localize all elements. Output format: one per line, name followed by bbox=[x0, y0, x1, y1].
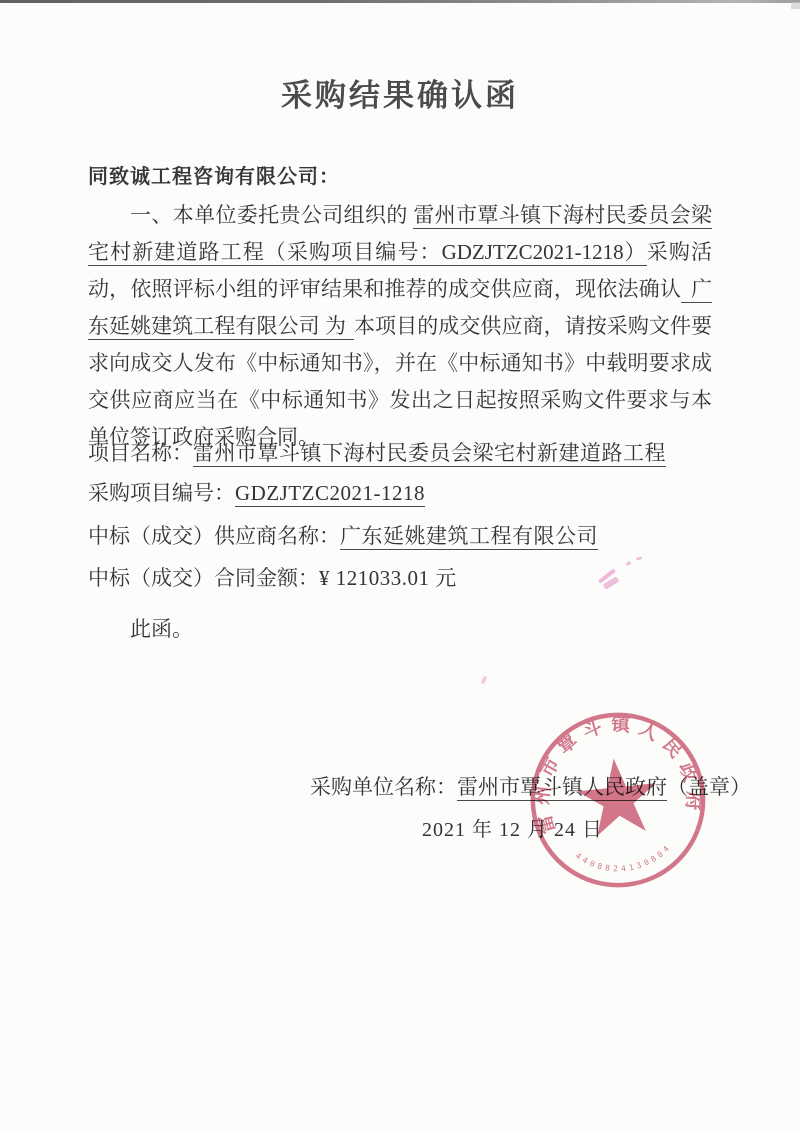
salutation: 同致诚工程咨询有限公司： bbox=[88, 160, 340, 189]
supplier-field: 中标（成交）供应商名称：广东延姚建筑工程有限公司 bbox=[88, 520, 598, 550]
seal-star-icon bbox=[574, 755, 660, 838]
pink-ink-dot bbox=[480, 676, 487, 685]
body-intro-text: 一、本单位委托贵公司组织的 bbox=[130, 203, 413, 227]
purchaser-label: 采购单位名称： bbox=[310, 775, 457, 799]
supplier-label: 中标（成交）供应商名称： bbox=[88, 524, 340, 548]
project-number-field: 采购项目编号：GDZJTZC2021-1218 bbox=[88, 477, 425, 507]
project-name-value: 雷州市覃斗镇下海村民委员会梁宅村新建道路工程 bbox=[193, 441, 666, 467]
contract-amount-value: ¥ 121033.01 元 bbox=[319, 566, 457, 590]
body-paragraph: 一、本单位委托贵公司组织的 雷州市覃斗镇下海村民委员会梁宅村新建道路工程（采购项… bbox=[88, 197, 712, 456]
official-seal: 雷州市覃斗镇人民政府 4408824130884 bbox=[515, 697, 722, 904]
document-title: 采购结果确认函 bbox=[0, 70, 800, 115]
pink-ink-dot bbox=[636, 556, 643, 561]
project-name-label: 项目名称： bbox=[88, 441, 193, 465]
contract-amount-label: 中标（成交）合同金额： bbox=[88, 566, 319, 590]
project-name-field: 项目名称：雷州市覃斗镇下海村民委员会梁宅村新建道路工程 bbox=[88, 437, 666, 467]
contract-amount-field: 中标（成交）合同金额：¥ 121033.01 元 bbox=[88, 562, 457, 592]
pink-ink-dot bbox=[626, 561, 632, 566]
scan-edge-line bbox=[0, 0, 800, 3]
project-number-label: 采购项目编号： bbox=[88, 481, 235, 505]
scan-corner-mark bbox=[791, 2, 800, 9]
closing-phrase: 此函。 bbox=[88, 613, 388, 643]
project-number-value: GDZJTZC2021-1218 bbox=[235, 481, 425, 507]
supplier-value: 广东延姚建筑工程有限公司 bbox=[340, 524, 598, 550]
scanned-letter-page: 采购结果确认函 同致诚工程咨询有限公司： 一、本单位委托贵公司组织的 雷州市覃斗… bbox=[0, 0, 800, 1132]
